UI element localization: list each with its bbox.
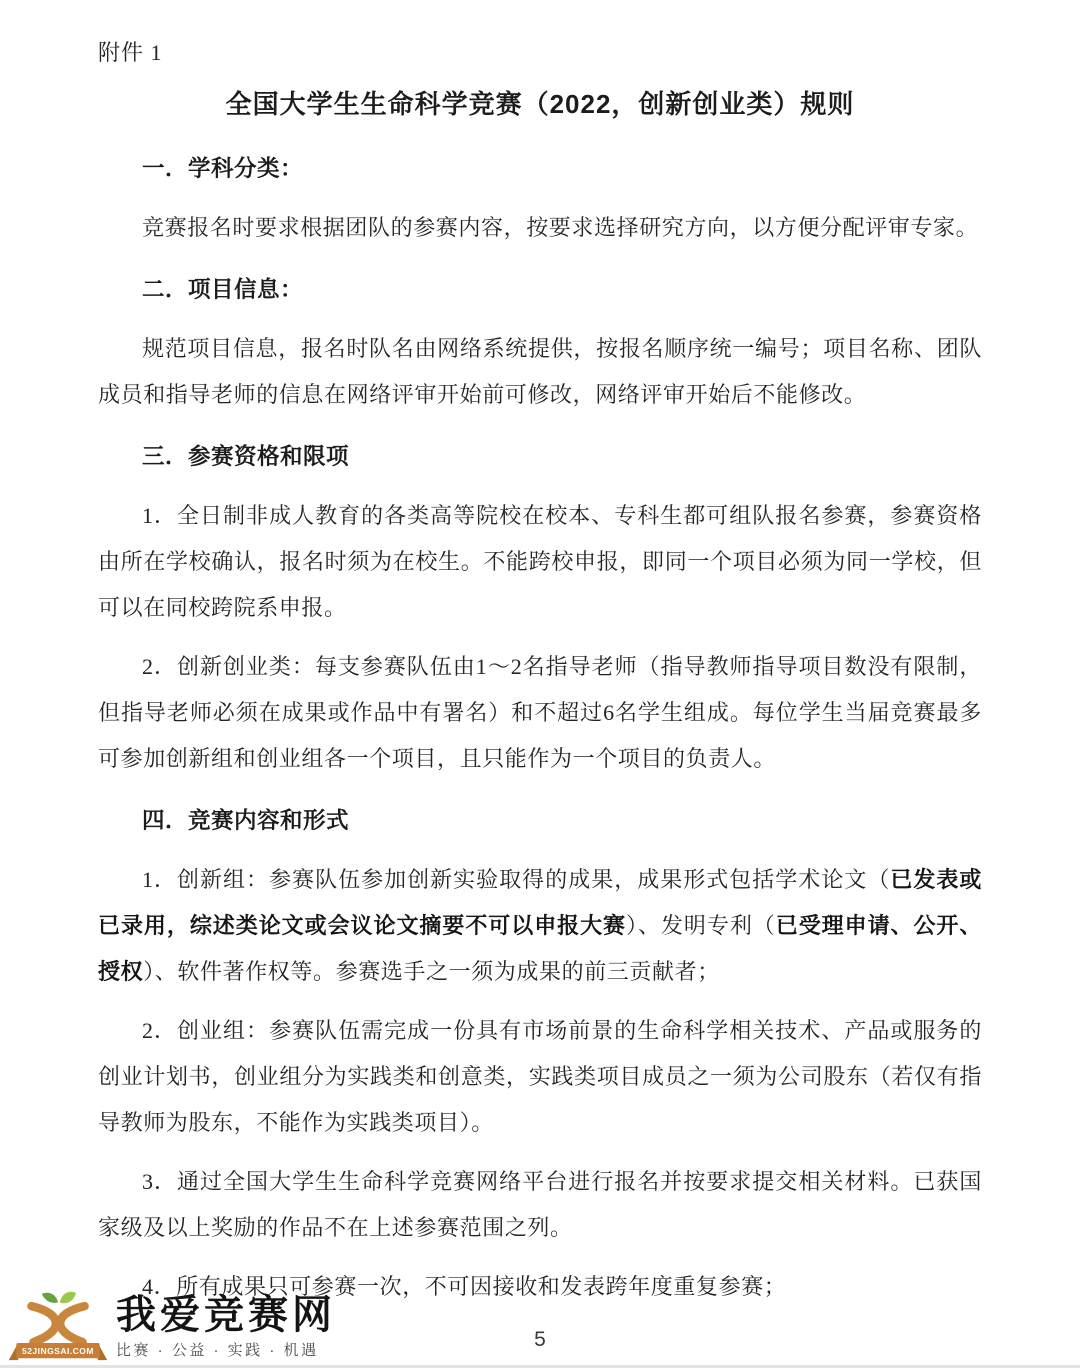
section-heading-2: 二．项目信息：: [142, 267, 982, 313]
section-heading-3: 三．参赛资格和限项: [142, 434, 982, 480]
section-heading-1: 一．学科分类：: [142, 146, 982, 192]
paragraph-s4-2: 2．创业组：参赛队伍需完成一份具有市场前景的生命科学相关技术、产品或服务的创业计…: [98, 1008, 982, 1146]
leaf-right: [60, 1292, 76, 1303]
hourglass-stroke-right: [60, 1306, 84, 1342]
leaf-left: [42, 1293, 58, 1303]
text-run: ）、发明专利（: [626, 913, 776, 938]
banner-domain-text: 52JINGSAI.COM: [22, 1346, 94, 1356]
trophy-logo-icon: 52JINGSAI.COM: [8, 1290, 108, 1362]
logo-text-column: 我爱竞赛网 比赛 · 公益 · 实践 · 机遇: [116, 1294, 336, 1362]
text-run: 1．创新组：参赛队伍参加创新实验取得的成果，成果形式包括学术论文（: [142, 867, 890, 892]
document-content: 附件 1 全国大学生生命科学竞赛（2022，创新创业类）规则 一．学科分类： 竞…: [0, 0, 1080, 1310]
document-page: 附件 1 全国大学生生命科学竞赛（2022，创新创业类）规则 一．学科分类： 竞…: [0, 0, 1080, 1368]
paragraph-s4-3: 3．通过全国大学生生命科学竞赛网络平台进行报名并按要求提交相关材料。已获国家级及…: [98, 1159, 982, 1251]
logo-tagline: 比赛 · 公益 · 实践 · 机遇: [116, 1339, 336, 1360]
paragraph-s2-1: 规范项目信息，报名时队名由网络系统提供，按报名顺序统一编号；项目名称、团队成员和…: [98, 326, 982, 418]
page-title: 全国大学生生命科学竞赛（2022，创新创业类）规则: [98, 82, 982, 126]
attachment-label: 附件 1: [98, 30, 982, 76]
paragraph-s1-1: 竞赛报名时要求根据团队的参赛内容，按要求选择研究方向，以方便分配评审专家。: [98, 205, 982, 251]
section-heading-4: 四．竞赛内容和形式: [142, 798, 982, 844]
page-footer: 5 52JINGSAI.COM 我爱竞赛网 比赛 · 公益 · 实践 · 机遇: [0, 1282, 1080, 1368]
logo-site-name: 我爱竞赛网: [116, 1294, 336, 1336]
paragraph-s3-1: 1．全日制非成人教育的各类高等院校在校本、专科生都可组队报名参赛，参赛资格由所在…: [98, 493, 982, 631]
paragraph-s3-2: 2．创新创业类：每支参赛队伍由1～2名指导老师（指导教师指导项目数没有限制，但指…: [98, 644, 982, 782]
text-run: ）、软件著作权等。参赛选手之一须为成果的前三贡献者；: [143, 959, 720, 984]
paragraph-s4-1: 1．创新组：参赛队伍参加创新实验取得的成果，成果形式包括学术论文（已发表或已录用…: [98, 857, 982, 995]
hourglass-stroke-left: [31, 1306, 55, 1342]
watermark-logo: 52JINGSAI.COM 我爱竞赛网 比赛 · 公益 · 实践 · 机遇: [8, 1290, 336, 1362]
